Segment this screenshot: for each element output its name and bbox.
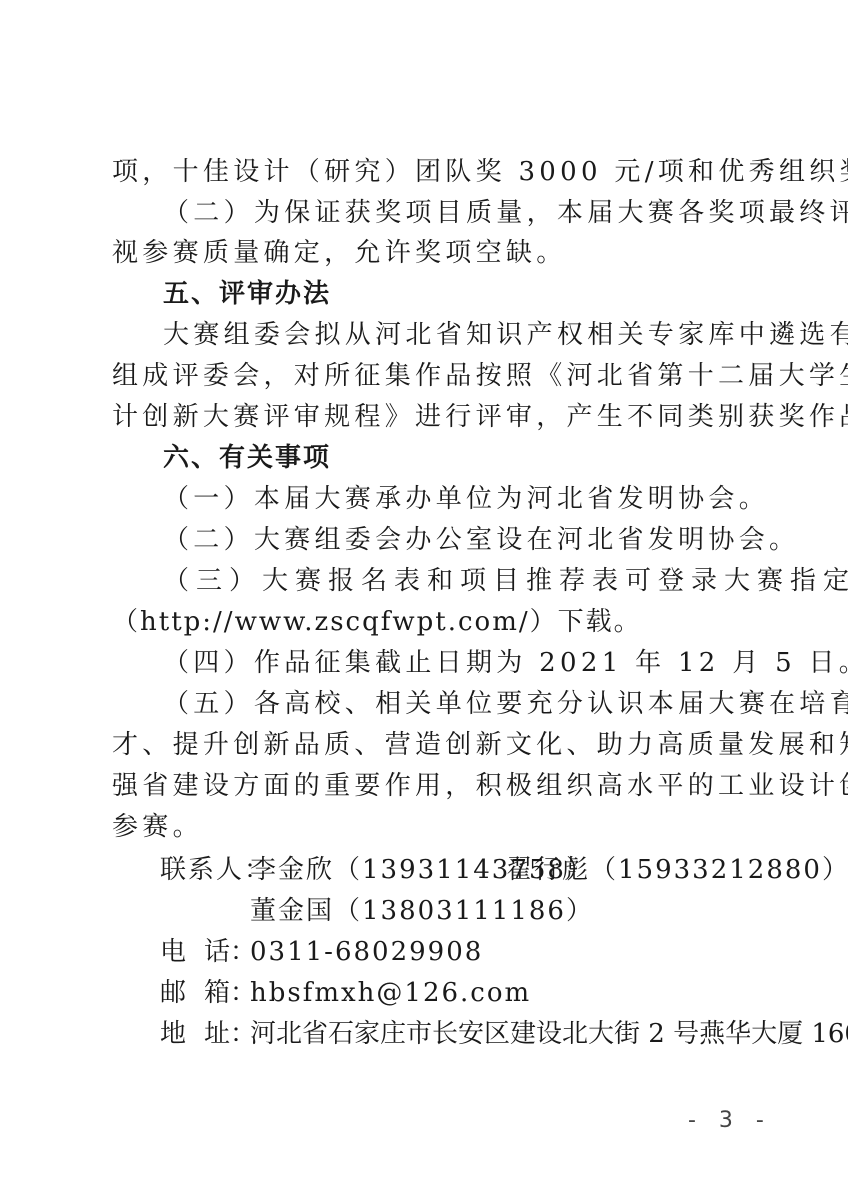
email-label-char2: 箱： bbox=[204, 973, 256, 1013]
section-heading-review-method: 五、评审办法 bbox=[163, 274, 744, 314]
document-page: 项，十佳设计（研究）团队奖 3000 元/项和优秀组织奖 3000 元/项。 （… bbox=[0, 0, 848, 1200]
paragraph-line: 强省建设方面的重要作用，积极组织高水平的工业设计创新成果 bbox=[112, 766, 744, 806]
address-label-char1: 地 bbox=[160, 1014, 204, 1054]
address-label-char2: 址： bbox=[204, 1014, 256, 1054]
list-item: （三）大赛报名表和项目推荐表可登录大赛指定网站 bbox=[163, 561, 744, 601]
list-item: （四）作品征集截止日期为 2021 年 12 月 5 日。 bbox=[163, 643, 744, 683]
page-number: - 3 - bbox=[688, 1108, 772, 1133]
paragraph-line: 视参赛质量确定，允许奖项空缺。 bbox=[112, 233, 744, 273]
email-label-char1: 邮 bbox=[160, 973, 204, 1013]
paragraph-line: 项，十佳设计（研究）团队奖 3000 元/项和优秀组织奖 3000 元/项。 bbox=[112, 152, 744, 192]
address-label: 地址： bbox=[160, 1014, 256, 1054]
email-label: 邮箱： bbox=[160, 973, 256, 1013]
contact-person: 董金国（13803111186） bbox=[250, 891, 594, 931]
phone-number: 0311-68029908 bbox=[250, 932, 483, 972]
paragraph-line: 计创新大赛评审规程》进行评审，产生不同类别获奖作品。 bbox=[112, 397, 744, 437]
postal-address: 河北省石家庄市长安区建设北大街 2 号燕华大厦 1603 室 bbox=[250, 1014, 848, 1054]
paragraph-line: 大赛组委会拟从河北省知识产权相关专家库中遴选有关人员 bbox=[163, 315, 744, 355]
paragraph-line: 参赛。 bbox=[112, 807, 744, 847]
paragraph-line: 组成评委会，对所征集作品按照《河北省第十二届大学生工业设 bbox=[112, 356, 744, 396]
paragraph-line: 才、提升创新品质、营造创新文化、助力高质量发展和知识产权 bbox=[112, 725, 744, 765]
paragraph-line: （二）为保证获奖项目质量，本届大赛各奖项最终评定数量 bbox=[163, 193, 744, 233]
phone-label-char2: 话： bbox=[204, 932, 256, 972]
list-item: （二）大赛组委会办公室设在河北省发明协会。 bbox=[163, 520, 744, 560]
phone-label: 电话： bbox=[160, 932, 256, 972]
website-link[interactable]: （http://www.zscqfwpt.com/）下载。 bbox=[112, 602, 744, 642]
contact-person: 翟行彪（15933212880） bbox=[506, 850, 848, 890]
email-address[interactable]: hbsfmxh@126.com bbox=[250, 973, 531, 1013]
section-heading-related-matters: 六、有关事项 bbox=[163, 438, 744, 478]
phone-label-char1: 电 bbox=[160, 932, 204, 972]
list-item: （一）本届大赛承办单位为河北省发明协会。 bbox=[163, 479, 744, 519]
list-item: （五）各高校、相关单位要充分认识本届大赛在培育创新人 bbox=[163, 684, 744, 724]
